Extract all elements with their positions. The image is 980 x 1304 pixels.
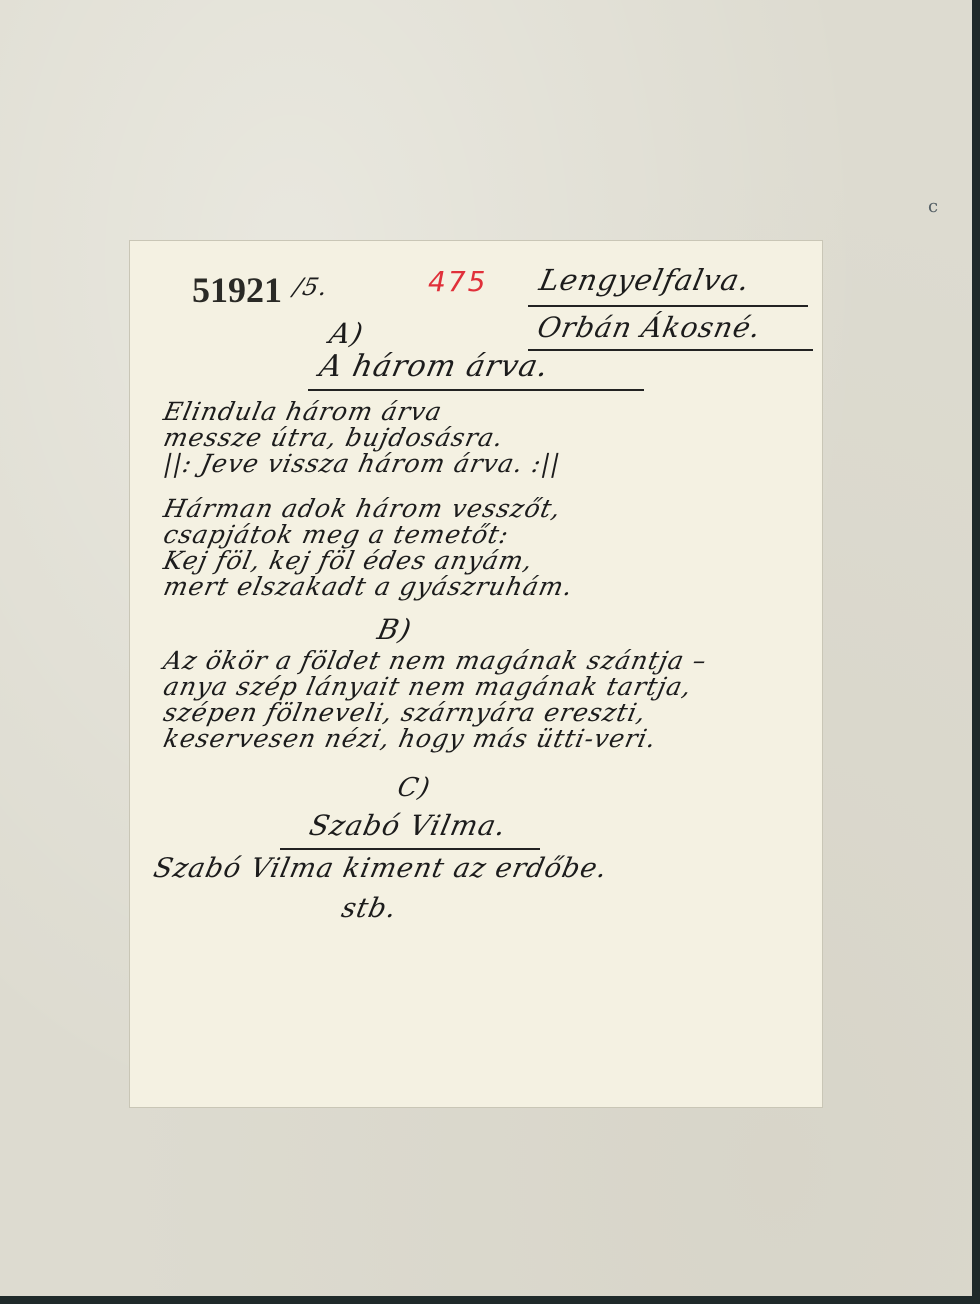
manuscript-card: 51921 /5. 475 Lengyelfalva. Orbán Ákosné… (130, 241, 822, 1107)
verse-line: Az ökör a földet nem magának szántja – (161, 648, 709, 674)
place-underline (528, 305, 808, 307)
verse-line: ||: Jeve vissza három árva. :|| (161, 451, 563, 477)
mount-pencil-mark: c (928, 196, 938, 217)
section-a-title-underline (308, 389, 644, 391)
verse-line: Hárman adok három vesszőt, (161, 496, 575, 522)
section-c-title-underline (280, 848, 540, 850)
section-a-stanza-1: Elindula három árva messze útra, bujdosá… (164, 399, 560, 477)
verse-line: mert elszakadt a gyászruhám. (161, 574, 575, 600)
verse-line: messze útra, bujdosásra. (161, 425, 563, 451)
informant-underline (528, 349, 813, 351)
etc-abbreviation: stb. (339, 893, 400, 924)
verse-line: csapjátok meg a temetőt: (161, 522, 575, 548)
informant-name: Orbán Ákosné. (534, 311, 764, 344)
inventory-suffix: /5. (291, 273, 331, 301)
section-b-stanza: Az ökör a földet nem magának szántja – a… (164, 648, 707, 752)
section-a-title: A három árva. (316, 349, 552, 384)
verse-line: anya szép lányait nem magának tartja, (161, 674, 709, 700)
verse-line: szépen fölneveli, szárnyára ereszti, (161, 700, 709, 726)
inventory-number-stamp: 51921 (192, 269, 282, 311)
section-b-marker: B) (374, 613, 415, 646)
verse-line: keservesen nézi, hogy más ütti-veri. (161, 726, 709, 752)
red-catalog-number: 475 (428, 265, 487, 298)
section-a-marker: A) (326, 317, 366, 350)
section-a-stanza-2: Hárman adok három vesszőt, csapjátok meg… (164, 496, 573, 600)
collection-place: Lengyelfalva. (536, 263, 753, 297)
section-c-first-line: Szabó Vilma kiment az erdőbe. (151, 853, 611, 884)
archive-mount-board: c 51921 /5. 475 Lengyelfalva. Orbán Ákos… (0, 0, 972, 1296)
verse-line: Elindula három árva (161, 399, 563, 425)
verse-line: Kej föl, kej föl édes anyám, (161, 548, 575, 574)
section-c-marker: C) (395, 773, 433, 803)
section-c-title: Szabó Vilma. (306, 809, 509, 842)
